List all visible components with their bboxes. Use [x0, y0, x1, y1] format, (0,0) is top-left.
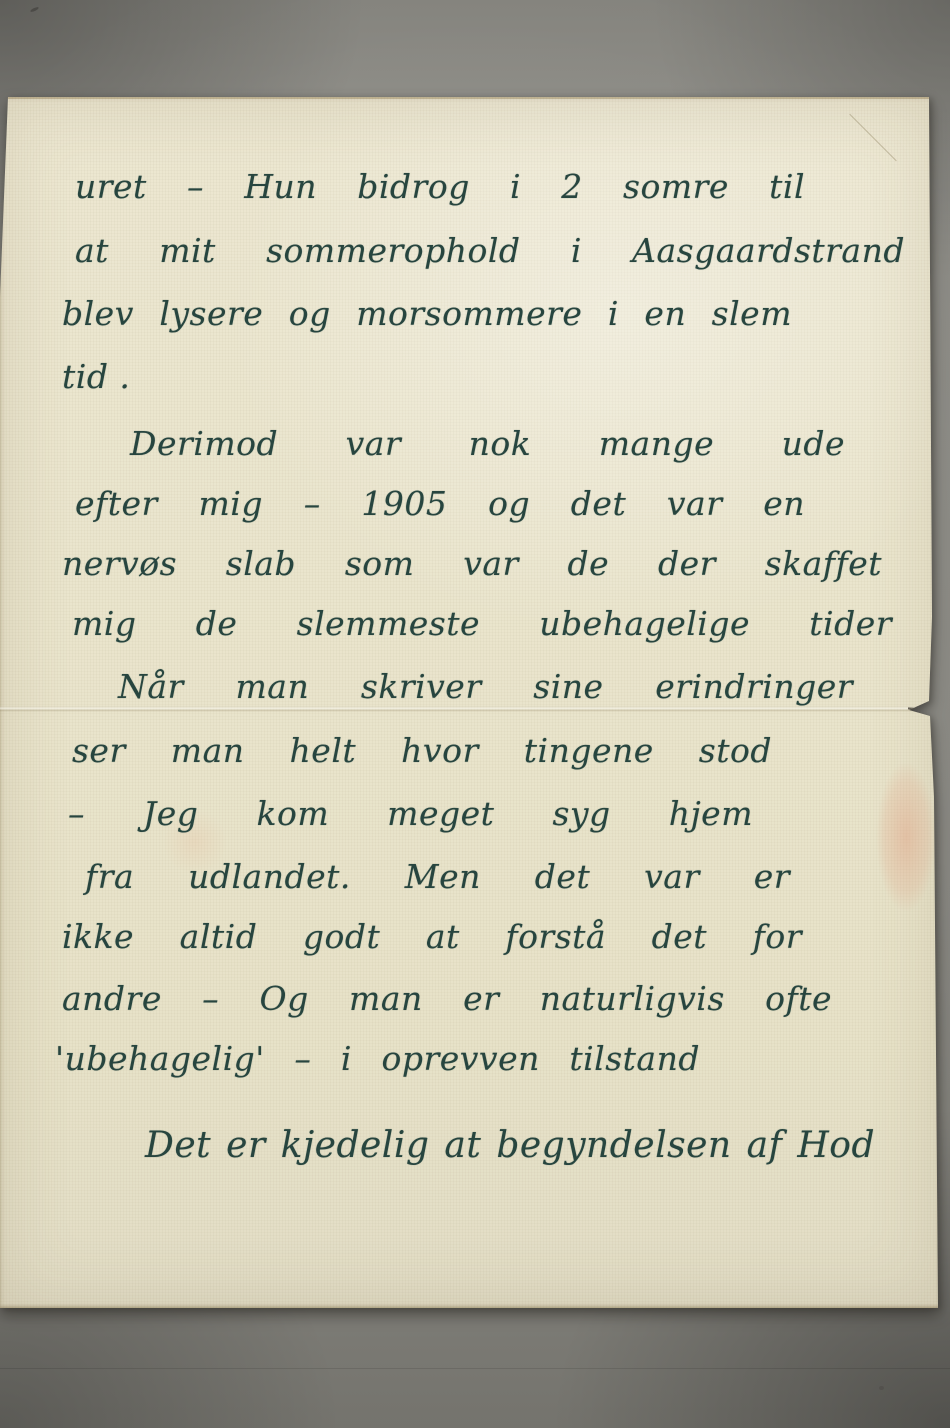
handwritten-line-16: Det er kjedelig at begyndelsen af Hod — [145, 1124, 875, 1167]
handwritten-line-10: ser man helt hvor tingene stod — [72, 731, 772, 771]
dust-speck — [879, 1386, 884, 1390]
letter-sheet: uret – Hun bidrog i 2 somre til at mit s… — [0, 97, 940, 1308]
backdrop-seam — [0, 1368, 950, 1369]
handwritten-line-5: Derimod var nok mange ude — [130, 424, 845, 464]
handwritten-line-9: Når man skriver sine erindringer — [118, 667, 853, 707]
handwritten-line-8: mig de slemmeste ubehagelige tider — [72, 604, 892, 644]
handwritten-line-14: andre – Og man er naturligvis ofte — [62, 979, 832, 1019]
corner-crease — [849, 114, 896, 161]
edge-tear — [908, 707, 932, 710]
letter-sheet-wrap: uret – Hun bidrog i 2 somre til at mit s… — [0, 97, 940, 1308]
handwritten-line-11: – Jeg kom meget syg hjem — [68, 794, 753, 834]
fold-crease — [0, 706, 940, 712]
handwritten-line-3: blev lysere og morsommere i en slem — [62, 294, 792, 334]
handwritten-line-7: nervøs slab som var de der skaffet — [62, 544, 882, 584]
handwritten-line-4: tid . — [62, 357, 262, 397]
photograph-of-letter: uret – Hun bidrog i 2 somre til at mit s… — [0, 0, 950, 1428]
handwritten-line-12: fra udlandet. Men det var er — [85, 857, 790, 897]
pink-stain — [866, 737, 946, 937]
handwritten-line-13: ikke altid godt at forstå det for — [62, 917, 802, 957]
handwritten-line-2: at mit sommerophold i Aasgaardstrand — [75, 231, 905, 271]
handwritten-line-15: 'ubehagelig' – i oprevven tilstand — [55, 1039, 700, 1079]
handwritten-line-1: uret – Hun bidrog i 2 somre til — [75, 167, 805, 207]
handwritten-line-6: efter mig – 1905 og det var en — [75, 484, 805, 524]
